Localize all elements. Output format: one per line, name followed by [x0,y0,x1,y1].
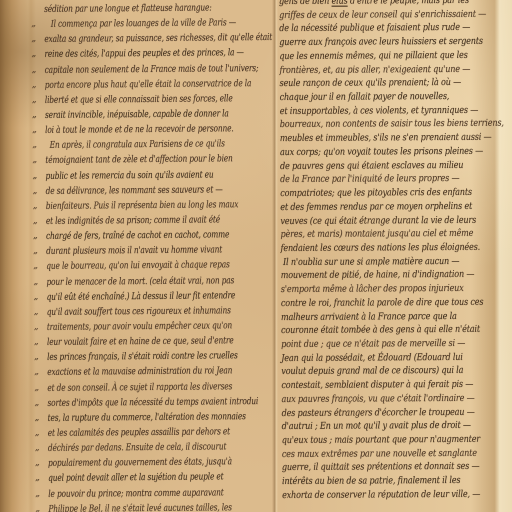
line-text: seule rançon de ceux qu'ils prenaient; l… [280,77,462,89]
line-text: En après, il congratula aux Parisiens de… [45,139,225,152]
manuscript-line: point due ; que ce n'était pas de mervei… [281,338,512,353]
line-text-segment: qu'eux tous ; mais pourtant que pour n'a… [282,434,480,446]
line-text: Il n'oublia sur une si ample matière auc… [281,256,460,268]
line-text: point due ; que ce n'était pas de mervei… [281,338,465,350]
line-text: capitale non seulement de la France mais… [45,63,259,76]
manuscript-line: couronne était tombée à des gens à qui e… [281,324,512,339]
line-text-segment: capitale non seulement de la France mais… [45,63,259,76]
margin-quote-mark: „ [34,337,38,347]
line-text: frontières, et, au pis aller, n'exigeaie… [279,63,470,75]
manuscript-line: de la nécessité publique et faisaient pl… [279,22,512,37]
margin-quote-mark: „ [34,398,38,408]
line-text: de la nécessité publique et faisaient pl… [279,22,470,34]
line-text: compatriotes; que les pitoyables cris de… [280,187,472,199]
line-text: serait invincible, inépuisable, capable … [45,108,229,121]
line-text: gens de bien élus d'entre le peuple, mai… [279,0,469,7]
manuscript-line: Il n'oublia sur une si ample matière auc… [281,255,512,270]
line-text-segment: mouvement de pitié, de haine, ni d'indig… [281,269,475,281]
line-text-segment: et insupportables, à ces violents, et ty… [280,105,479,117]
line-text-segment: loi à tout le monde et de ne la recevoir… [45,123,233,136]
line-text-segment: pour le menacer de la mort. (cela était … [46,275,234,288]
line-text: reine des cités, l'appui des peuples et … [44,48,243,61]
line-text: bienfaiteurs. Puis il représenta bien au… [46,199,239,212]
manuscript-line: guerre, il quittait ses prétentions et d… [282,461,512,476]
line-text-segment: populairement du gouvernement des états,… [48,456,232,469]
line-text: et les indignités de sa prison; comme il… [46,214,220,227]
line-text: guerre, il quittait ses prétentions et d… [282,461,480,473]
line-text-segment: sortes d'impôts que la nécessité du temp… [47,396,258,409]
line-text: pour le menacer de la mort. (cela était … [46,275,234,288]
line-text-segment: Il commença par les louanges de la ville… [44,17,236,30]
line-text: Il commença par les louanges de la ville… [44,17,236,30]
line-text: témoignaient tant de zèle et d'affection… [45,154,232,167]
margin-quote-mark: „ [31,49,35,59]
manuscript-line: seule rançon de ceux qu'ils prenaient; l… [280,77,512,92]
line-text-segment: s'emporta même à lâcher des propos injur… [281,283,464,295]
margin-quote-mark: „ [34,382,38,392]
line-text-segment: pères, et maris) montaient jusqu'au ciel… [280,228,473,240]
line-text-segment: En après, il congratula aux Parisiens de… [45,139,225,152]
manuscript-line: qu'eux tous ; mais pourtant que pour n'a… [282,434,512,449]
line-text: déchirés par dedans. Ensuite de cela, il… [48,441,226,454]
line-text: public et les remercia du soin qu'ils av… [45,169,213,181]
line-text: durant plusieurs mois il n'avait vu homm… [46,245,222,258]
manuscript-line: chaque jour il en fallait payer de nouve… [280,91,512,106]
line-text-segment: et les calamités des peuples assaillis p… [48,426,230,439]
line-text: de la France par l'iniquité de leurs pro… [280,173,459,185]
margin-quote-mark: „ [33,231,37,241]
line-text-segment: guerre, il quittait ses prétentions et d… [282,461,480,473]
line-text: chargé de fers, traîné de cachot en cach… [46,229,229,242]
manuscript-line: compatriotes; que les pitoyables cris de… [280,187,512,202]
line-text-segment: griffes de ceux de leur conseil qui s'en… [279,8,486,20]
line-text: les princes français, il s'était roidi c… [47,350,238,363]
margin-quote-mark: „ [35,428,39,438]
line-text: tes, la rupture du commerce, l'altératio… [48,411,246,424]
line-text: exhorta de conserver la réputation de le… [282,489,480,501]
manuscript-line: pères, et maris) montaient jusqu'au ciel… [280,228,512,243]
line-text-segment: qu'il eût été enchaîné.) Là dessus il le… [47,290,236,303]
line-text: malheurs arrivaient à la France parce qu… [281,310,457,322]
margin-quote-mark: „ [33,216,37,226]
margin-quote-mark: „ [32,140,36,150]
manuscript-line: contre le roi, franchit la parole de dir… [281,296,512,311]
line-text: que les ennemis mêmes, qui ne pillaient … [279,50,467,62]
line-text-segment: fendaient les cœurs des nations les plus… [281,242,481,254]
line-text-segment: déchirés par dedans. Ensuite de cela, il… [48,441,226,454]
line-text-segment: Philippe le Bel, il ne s'était levé aucu… [48,502,231,512]
margin-quote-mark: „ [34,367,38,377]
line-text-segment: point due ; que ce n'était pas de mervei… [281,338,465,350]
manuscript-line: bourreaux, non contents de saisir tous l… [280,118,512,133]
margin-quote-mark: „ [31,34,35,44]
margin-quote-mark: „ [35,504,39,512]
line-text-segment: ces maux extrêmes par une nouvelle et sa… [282,448,477,460]
line-text-segment: d'autrui ; En un mot qu'il y avait plus … [282,420,471,432]
line-text-segment: aux pauvres françois, vu que c'était l'o… [281,393,474,405]
manuscript-line: aux pauvres françois, vu que c'était l'o… [281,392,512,407]
underlined-word: élus [331,0,347,7]
line-text: contestait, semblaient disputer à qui fe… [281,379,473,391]
line-text: qu'il avait souffert tous ces rigoureux … [47,305,231,318]
line-text-segment: aux corps; qu'on voyait toutes les priso… [280,146,483,158]
manuscript-line: griffes de ceux de leur conseil qui s'en… [279,8,512,23]
right-text-column: gens de bien élus d'entre le peuple, mai… [279,0,512,504]
line-text-segment: reine des cités, l'appui des peuples et … [44,48,243,61]
manuscript-line: voulut depuis grand mal de ce discours) … [281,365,512,380]
line-text-segment: bienfaiteurs. Puis il représenta bien au… [46,199,239,212]
line-text: ces maux extrêmes par une nouvelle et sa… [282,448,477,460]
line-text-segment: et des femmes rendus par ce moyen orphel… [280,201,472,213]
margin-quote-mark: „ [32,80,36,90]
line-text-segment: porta encore plus haut qu'elle était la … [45,78,252,91]
margin-quote-mark: „ [34,292,38,302]
line-text: sortes d'impôts que la nécessité du temp… [47,396,258,409]
line-text-segment: seule rançon de ceux qu'ils prenaient; l… [280,77,462,89]
line-text-segment: des pasteurs étrangers d'écorcher le tro… [282,406,475,418]
margin-quote-mark: „ [35,473,39,483]
margin-quote-mark: „ [32,65,36,75]
manuscript-line: contestait, semblaient disputer à qui fe… [281,379,512,394]
line-text: guerre aux françois avec leurs huissiers… [279,36,483,48]
margin-quote-mark: „ [34,322,38,332]
margin-quote-mark: „ [35,413,39,423]
margin-quote-mark: „ [33,246,37,256]
manuscript-line: aux corps; qu'on voyait toutes les priso… [280,145,512,160]
line-text: traitements, pour avoir voulu empêcher c… [47,320,232,333]
margin-quote-mark: „ [33,186,37,196]
line-text: s'emporta même à lâcher des propos injur… [281,283,464,295]
line-text: bourreaux, non contents de saisir tous l… [280,118,504,130]
line-text: veuves (ce qui était étrange durant la v… [280,214,476,226]
line-text-segment: durant plusieurs mois il n'avait vu homm… [46,245,222,258]
line-text: loi à tout le monde et de ne la recevoir… [45,123,233,136]
line-text: quel point devait aller et la sujétion d… [48,472,223,485]
line-text-segment: public et les remercia du soin qu'ils av… [45,169,213,181]
line-text: et insupportables, à ces violents, et ty… [280,105,479,117]
line-text: chaque jour il en fallait payer de nouve… [280,91,450,103]
manuscript-line: veuves (ce qui était étrange durant la v… [280,214,512,229]
line-text: meubles et immeubles, s'ils ne s'en pren… [280,132,492,144]
line-text: griffes de ceux de leur conseil qui s'en… [279,8,486,20]
manuscript-line: s'emporta même à lâcher des propos injur… [281,283,512,298]
line-text-segment: traitements, pour avoir voulu empêcher c… [47,320,232,333]
line-text-segment: leur voulait faire et en haine de ce que… [47,335,234,348]
line-text-segment: tes, la rupture du commerce, l'altératio… [48,411,246,424]
margin-quote-mark: „ [33,276,37,286]
line-text-segment: veuves (ce qui était étrange durant la v… [280,214,476,226]
manuscript-line: et des femmes rendus par ce moyen orphel… [280,200,512,215]
manuscript-line: intérêts au bien de sa patrie, finalemen… [282,475,512,490]
margin-quote-mark: „ [35,458,39,468]
line-text-segment: bourreaux, non contents de saisir tous l… [280,118,504,130]
line-text-segment: exactions et la mauvaise administration … [47,366,232,379]
line-text: contre le roi, franchit la parole de dir… [281,297,484,309]
line-text-segment: que le bourreau, qu'on lui envoyait à ch… [46,260,229,273]
line-text: de pauvres gens qui étaient esclaves au … [280,160,463,172]
line-text: et les calamités des peuples assaillis p… [48,426,230,439]
manuscript-line: de la France par l'iniquité de leurs pro… [280,173,512,188]
line-text-segment: couronne était tombée à des gens à qui e… [281,324,480,336]
line-text: Jean qui la possédait, et Édouard (Edoua… [281,352,463,364]
margin-quote-mark: „ [31,19,35,29]
line-text-segment: serait invincible, inépuisable, capable … [45,108,229,121]
manuscript-line: et insupportables, à ces violents, et ty… [280,104,512,119]
manuscript-line: des pasteurs étrangers d'écorcher le tro… [282,406,512,421]
line-text-segment: témoignaient tant de zèle et d'affection… [45,154,232,167]
left-text-column: sédition par une longue et flatteuse har… [31,2,281,512]
line-text-segment: de la France par l'iniquité de leurs pro… [280,173,459,185]
line-text: le pouvoir du prince; montra comme aupar… [48,487,223,500]
line-text: fendaient les cœurs des nations les plus… [281,242,481,254]
manuscript-line: exhorta de conserver la réputation de le… [282,488,512,503]
margin-quote-mark: „ [32,110,36,120]
line-text: sédition par une longue et flatteuse har… [44,2,212,14]
line-text-segment: de la nécessité publique et faisaient pl… [279,22,470,34]
margin-quote-mark: „ [32,171,36,181]
line-text: porta encore plus haut qu'elle était la … [45,78,252,91]
line-text-segment: de pauvres gens qui étaient esclaves au … [280,160,463,172]
line-text-segment: gens de bien [279,0,332,7]
margin-quote-mark: „ [32,155,36,165]
manuscript-line: guerre aux françois avec leurs huissiers… [279,36,512,51]
manuscript-line: meubles et immeubles, s'ils ne s'en pren… [280,132,512,147]
manuscript-line: fendaient les cœurs des nations les plus… [281,242,512,257]
line-text-segment: liberté et que si elle connaissait bien … [45,93,233,106]
line-text-after: d'entre le peuple, mais par les [348,0,469,7]
line-text: exactions et la mauvaise administration … [47,366,232,379]
line-text-segment: frontières, et, au pis aller, n'exigeaie… [279,63,470,75]
line-text-segment: le pouvoir du prince; montra comme aupar… [48,487,223,500]
line-text: aux pauvres françois, vu que c'était l'o… [281,393,474,405]
line-text-segment: et les indignités de sa prison; comme il… [46,214,220,227]
line-text: Philippe le Bel, il ne s'était levé aucu… [48,502,231,512]
line-text-segment: contre le roi, franchit la parole de dir… [281,297,484,309]
manuscript-line: mouvement de pitié, de haine, ni d'indig… [281,269,512,284]
manuscript-line: frontières, et, au pis aller, n'exigeaie… [279,63,512,78]
margin-quote-mark: „ [33,201,37,211]
line-text: mouvement de pitié, de haine, ni d'indig… [281,269,475,281]
line-text-segment: que les ennemis mêmes, qui ne pillaient … [279,50,467,62]
margin-quote-mark: „ [33,261,37,271]
line-text-segment: contestait, semblaient disputer à qui fe… [281,379,473,391]
manuscript-line: de pauvres gens qui étaient esclaves au … [280,159,512,174]
line-text-segment: Il n'oublia sur une si ample matière auc… [281,256,460,268]
manuscript-line: que les ennemis mêmes, qui ne pillaient … [279,49,512,64]
manuscript-line: „Philippe le Bel, il ne s'était levé auc… [35,501,281,512]
line-text-segment: exalta sa grandeur, sa puissance, ses ri… [44,32,272,45]
margin-quote-mark: „ [32,95,36,105]
line-text: aux corps; qu'on voyait toutes les priso… [280,146,483,158]
line-text-segment: chargé de fers, traîné de cachot en cach… [46,229,229,242]
line-text-segment: meubles et immeubles, s'ils ne s'en pren… [280,132,492,144]
line-text: et de son conseil. À ce sujet il rapport… [47,381,232,394]
manuscript-line: malheurs arrivaient à la France parce qu… [281,310,512,325]
line-text-segment: guerre aux françois avec leurs huissiers… [279,36,483,48]
manuscript-line: Jean qui la possédait, et Édouard (Edoua… [281,351,512,366]
margin-quote-mark: „ [35,443,39,453]
margin-quote-mark: „ [35,488,39,498]
line-text: qu'il eût été enchaîné.) Là dessus il le… [47,290,236,303]
line-text-segment: Jean qui la possédait, et Édouard (Edoua… [281,352,463,364]
line-text-segment: sédition par une longue et flatteuse har… [44,2,212,14]
line-text-segment: exhorta de conserver la réputation de le… [282,489,480,501]
line-text: pères, et maris) montaient jusqu'au ciel… [280,228,473,240]
line-text-segment: de sa délivrance, les nommant ses sauveu… [46,184,223,197]
line-text: couronne était tombée à des gens à qui e… [281,324,480,336]
margin-quote-mark: „ [34,352,38,362]
line-text-segment: et de son conseil. À ce sujet il rapport… [47,381,232,394]
line-text-segment: compatriotes; que les pitoyables cris de… [280,187,472,199]
line-text-segment: intérêts au bien de sa patrie, finalemen… [282,475,460,487]
line-text: intérêts au bien de sa patrie, finalemen… [282,475,460,487]
line-text: de sa délivrance, les nommant ses sauveu… [46,184,223,197]
manuscript-page: sédition par une longue et flatteuse har… [0,0,512,512]
manuscript-line: d'autrui ; En un mot qu'il y avait plus … [282,420,512,435]
line-text-segment: voulut depuis grand mal de ce discours) … [281,365,463,377]
line-text: liberté et que si elle connaissait bien … [45,93,233,106]
line-text-segment: chaque jour il en fallait payer de nouve… [280,91,450,103]
line-text: des pasteurs étrangers d'écorcher le tro… [282,406,475,418]
manuscript-line: ces maux extrêmes par une nouvelle et sa… [282,447,512,462]
line-text: voulut depuis grand mal de ce discours) … [281,365,463,377]
margin-quote-mark: „ [32,125,36,135]
line-text: exalta sa grandeur, sa puissance, ses ri… [44,32,272,45]
line-text: que le bourreau, qu'on lui envoyait à ch… [46,260,229,273]
margin-quote-mark: „ [34,307,38,317]
line-text: qu'eux tous ; mais pourtant que pour n'a… [282,434,480,446]
line-text-segment: qu'il avait souffert tous ces rigoureux … [47,305,231,318]
line-text-segment: malheurs arrivaient à la France parce qu… [281,310,457,322]
line-text: et des femmes rendus par ce moyen orphel… [280,201,472,213]
line-text: d'autrui ; En un mot qu'il y avait plus … [282,420,471,432]
line-text: leur voulait faire et en haine de ce que… [47,335,234,348]
line-text-segment: les princes français, il s'était roidi c… [47,350,238,363]
line-text: populairement du gouvernement des états,… [48,456,232,469]
line-text-segment: quel point devait aller et la sujétion d… [48,472,223,485]
